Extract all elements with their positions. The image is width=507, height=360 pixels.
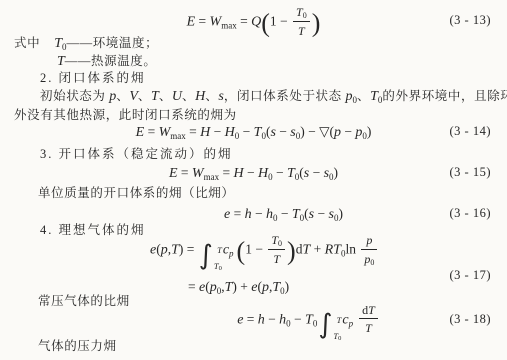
- math-token: =: [219, 165, 233, 180]
- math-token: 0: [303, 11, 307, 20]
- text-run: 、: [138, 89, 151, 103]
- math-token: Q: [251, 15, 261, 30]
- text-run: ——环境温度；: [67, 36, 159, 50]
- math-token: ) =: [179, 242, 198, 257]
- math-token: ) +: [232, 279, 251, 294]
- math-token: −: [276, 124, 290, 139]
- math-token: =: [188, 279, 199, 294]
- text-run: 、: [357, 89, 370, 103]
- math-token: =: [243, 311, 257, 326]
- math-token: V: [129, 89, 138, 104]
- math-token: H: [200, 125, 210, 140]
- integral-limits: TT0: [214, 240, 222, 270]
- math-token: p: [262, 280, 269, 295]
- math-token: −: [265, 311, 279, 326]
- text-run: 外没有其他热源，此时闭口系统的㶲为: [14, 108, 237, 122]
- math-token: 0: [219, 265, 222, 272]
- equation-number: (3 - 15): [450, 165, 492, 180]
- math-token: =: [186, 124, 200, 139]
- equation-number: (3 - 16): [450, 206, 492, 221]
- math-token: H: [225, 125, 235, 140]
- math-token: p: [366, 233, 372, 247]
- math-token: ): [285, 279, 290, 294]
- math-token: T: [287, 166, 295, 181]
- text-run: 、: [182, 89, 195, 103]
- text-run: ，闭口体系处于状态: [224, 89, 346, 103]
- math-token: h: [279, 312, 286, 327]
- math-token: T: [368, 303, 375, 317]
- integral-glyph: ∫: [318, 311, 332, 338]
- document-page: E = Wmax = Q(1 − T0T)(3 - 13)式中T0——环境温度；…: [0, 0, 507, 360]
- text-run: 2. 闭口体系的㶲: [40, 71, 146, 85]
- math-token: T: [296, 5, 303, 19]
- text-run: 、: [116, 89, 129, 103]
- integral-sign: ∫TT0: [318, 310, 341, 340]
- math-token: T: [292, 207, 300, 222]
- integral-sign: ∫TT0: [199, 240, 222, 270]
- math-token: 0: [370, 258, 374, 267]
- math-token: 0: [278, 239, 282, 248]
- math-token: ): [312, 9, 321, 38]
- math-token: h: [266, 207, 273, 222]
- fraction: pp0: [361, 231, 377, 267]
- fraction: T0T: [293, 3, 310, 39]
- math-token: E: [187, 15, 196, 30]
- math-token: p: [229, 249, 234, 259]
- math-token: −: [210, 124, 224, 139]
- text-run: 气体的压力㶲: [38, 339, 117, 353]
- math-token: H: [195, 89, 205, 104]
- math-token: (: [261, 9, 270, 38]
- fraction: dTT: [359, 301, 378, 337]
- equation-number: (3 - 18): [450, 312, 492, 327]
- text-run: 4. 理想气体的㶲: [40, 223, 146, 237]
- math-token: T: [54, 36, 62, 51]
- math-token: T: [273, 252, 280, 266]
- math-token: T: [151, 89, 159, 104]
- math-token: 0: [338, 335, 341, 342]
- integral-glyph: ∫: [199, 242, 213, 269]
- math-token: −: [244, 165, 258, 180]
- equation-number: (3 - 17): [450, 268, 492, 283]
- math-token: =: [230, 206, 244, 221]
- math-token: max: [170, 131, 186, 141]
- text-run: 3. 开口体系（稳定流动）的㶲: [40, 147, 233, 161]
- math-token: max: [221, 21, 237, 31]
- label-specific-exergy-open-system: 单位质量的开口体系的㶲（比㶲）: [38, 184, 235, 202]
- math-token: T: [217, 245, 222, 255]
- math-token: −: [309, 165, 323, 180]
- math-token: max: [204, 172, 220, 182]
- section-heading-ideal-gas-exergy: 4. 理想气体的㶲: [40, 221, 146, 239]
- math-token: −: [273, 165, 287, 180]
- math-token: R: [325, 243, 334, 258]
- math-token: T: [271, 233, 278, 247]
- math-token: W: [192, 166, 204, 181]
- math-token: (: [237, 237, 246, 266]
- math-token: W: [159, 125, 171, 140]
- math-token: p: [334, 125, 341, 140]
- math-token: ln: [345, 242, 359, 257]
- math-token: ): [367, 124, 372, 139]
- math-token: −: [341, 124, 355, 139]
- section-heading-open-system-exergy: 3. 开口体系（稳定流动）的㶲: [40, 145, 233, 163]
- math-token: p: [161, 243, 168, 258]
- math-token: T: [298, 24, 305, 38]
- math-token: −: [314, 206, 328, 221]
- math-token: 0: [313, 318, 318, 328]
- math-token: T: [57, 54, 65, 69]
- math-token: =: [237, 14, 251, 29]
- math-token: H: [233, 166, 243, 181]
- math-token: 1 −: [245, 242, 266, 257]
- math-token: −: [252, 206, 266, 221]
- math-token: T: [365, 321, 372, 335]
- label-pressure-exergy-of-gas: 气体的压力㶲: [38, 337, 117, 355]
- text-run: 式中: [14, 36, 40, 50]
- text-run: 初始状态为: [40, 89, 109, 103]
- math-token: ): [338, 206, 343, 221]
- math-token: T: [305, 312, 313, 327]
- math-token: T: [171, 243, 179, 258]
- math-token: =: [195, 14, 209, 29]
- text-run: ——热源温度。: [65, 54, 157, 68]
- math-token: +: [310, 242, 324, 257]
- math-token: −: [278, 206, 292, 221]
- math-token: =: [178, 165, 192, 180]
- math-token: H: [258, 166, 268, 181]
- math-token: W: [210, 15, 222, 30]
- math-token: U: [172, 89, 182, 104]
- math-token: E: [169, 166, 178, 181]
- math-token: ) − ▽(: [300, 124, 334, 139]
- text-run: 单位质量的开口体系的㶲（比㶲）: [38, 186, 235, 200]
- equation-3-18: e = h − h0 − T0∫TT0cpdTT: [0, 301, 507, 340]
- math-token: T: [333, 243, 341, 258]
- equation-3-17: e(p,T) = ∫TT0cp(1 − T0T)dT + RT0ln pp0= …: [150, 231, 379, 301]
- math-token: −: [291, 311, 305, 326]
- math-token: ): [287, 237, 296, 266]
- math-token: −: [239, 124, 253, 139]
- math-token: p: [349, 318, 354, 328]
- math-token: 1 −: [270, 14, 291, 29]
- text-run: 、: [159, 89, 172, 103]
- section-heading-closed-system-exergy: 2. 闭口体系的㶲: [40, 69, 146, 87]
- integral-limits: TT0: [333, 310, 341, 340]
- text-run: 、: [205, 89, 218, 103]
- equation-3-14: E = Wmax = H − H0 − T0(s − s0) − ▽(p − p…: [0, 122, 507, 146]
- fraction: T0T: [268, 231, 285, 267]
- equation-number: (3 - 14): [450, 124, 492, 139]
- math-token: h: [258, 312, 265, 327]
- math-token: E: [136, 125, 145, 140]
- text-run: 的外界环境中，且除环境: [382, 89, 507, 103]
- math-token: T: [272, 280, 280, 295]
- math-token: h: [245, 207, 252, 222]
- math-token: T: [370, 89, 378, 104]
- math-token: ): [334, 165, 339, 180]
- math-token: =: [144, 124, 158, 139]
- math-token: T: [337, 315, 342, 325]
- equation-number: (3 - 13): [450, 13, 492, 28]
- math-token: p: [210, 280, 217, 295]
